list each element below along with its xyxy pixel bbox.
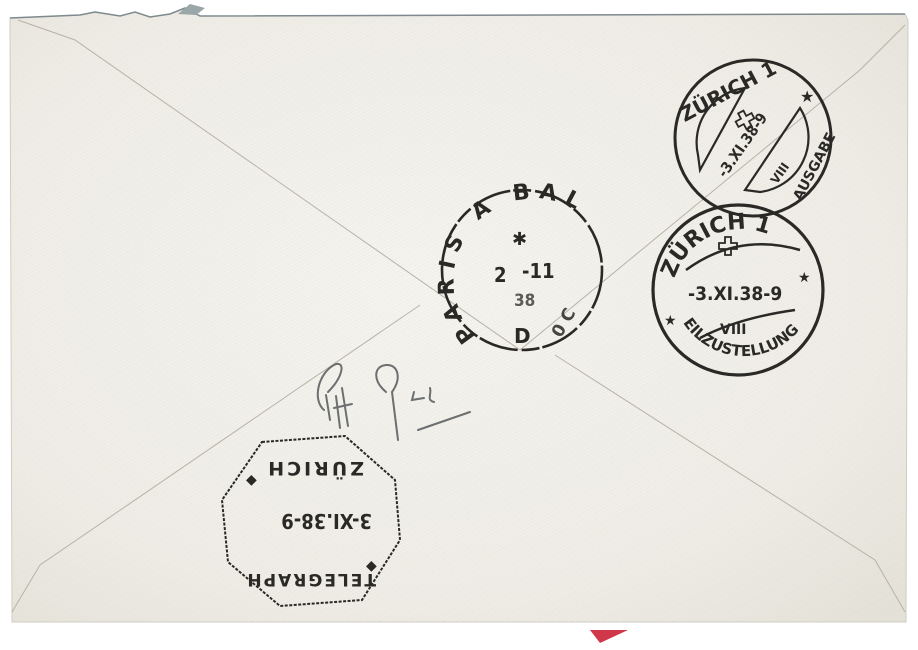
postmark-bottom-text: ZÜRICH <box>265 457 364 481</box>
postmark-day: 2 <box>494 263 507 287</box>
postmark-bottom-text: D <box>514 324 531 348</box>
postmark-date: 3-XI.38-9 <box>281 509 372 533</box>
star-icon: ✱ <box>512 229 527 250</box>
handwriting-text: Ett 9 05 <box>0 0 51 4</box>
star-icon: ★ <box>664 313 677 329</box>
postmark-top-text: TELEGRAPH <box>245 569 376 589</box>
red-stamp-corner <box>590 630 628 643</box>
star-icon: ★ <box>800 87 814 106</box>
postmark-sector: VIII <box>720 322 746 338</box>
envelope-photo: ZÜRICH 1 AUSGABE -3.XI.38-9 VIII ★ ZÜRIC… <box>0 0 918 650</box>
diamond-icon: ◆ <box>246 472 257 488</box>
postmark-date: -3.XI.38-9 <box>688 283 782 305</box>
star-icon: ★ <box>798 270 811 286</box>
postmark-month: -11 <box>522 259 555 283</box>
postmark-year: 38 <box>514 291 535 311</box>
diamond-icon: ◆ <box>366 558 377 574</box>
